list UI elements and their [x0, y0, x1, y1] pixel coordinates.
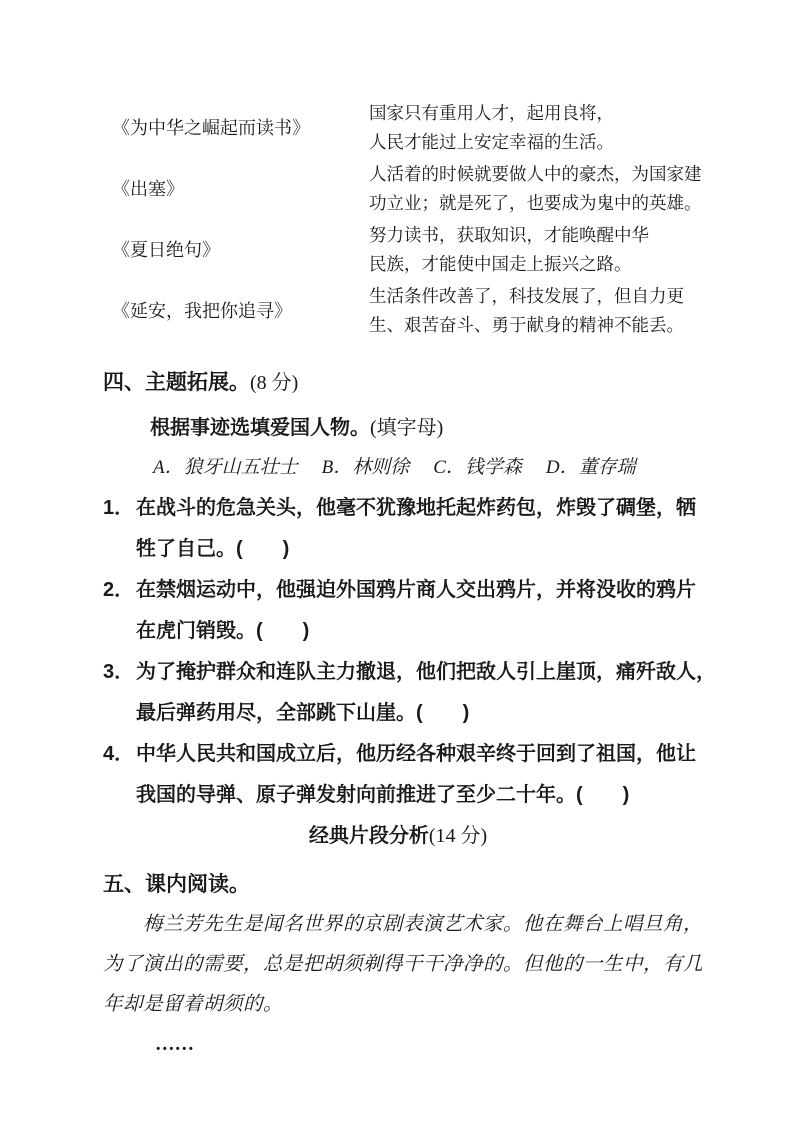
quote-text: 国家只有重用人才，起用良将， 人民才能过上安定幸福的生活。 [369, 99, 614, 157]
question-number: 2． [103, 570, 136, 652]
matching-row: 《为中华之崛起而读书》 国家只有重用人才，起用良将， 人民才能过上安定幸福的生活… [103, 99, 693, 157]
quote-line: 努力读书，获取知识，才能唤醒中华 [369, 221, 649, 250]
option-b: B．林则徐 [322, 448, 410, 488]
question-number: 4． [103, 734, 136, 816]
question-text: 在禁烟运动中，他强迫外国鸦片商人交出鸦片，并将没收的鸦片 在虎门销毁。( ) [136, 570, 696, 652]
question-item-2: 2． 在禁烟运动中，他强迫外国鸦片商人交出鸦片，并将没收的鸦片 在虎门销毁。( … [103, 570, 693, 652]
section4-prompt-text: 根据事迹选填爱国人物。 [150, 417, 370, 439]
book-title: 《延安，我把你追寻》 [103, 297, 369, 325]
section4-prompt: 根据事迹选填爱国人物。(填字母) [150, 408, 693, 448]
quote-line: 功立业；就是死了，也要成为鬼中的英雄。 [369, 189, 702, 218]
book-title: 《为中华之崛起而读书》 [103, 114, 369, 142]
matching-row: 《出塞》 人活着的时候就要做人中的豪杰，为国家建 功立业；就是死了，也要成为鬼中… [103, 160, 693, 218]
answer-options-row: A．狼牙山五壮士 B．林则徐 C．钱学森 D．董存瑞 [153, 448, 693, 488]
ellipsis-line: …… [103, 1025, 693, 1065]
question-line: 在禁烟运动中，他强迫外国鸦片商人交出鸦片，并将没收的鸦片 [136, 570, 696, 611]
question-number: 3． [103, 652, 136, 734]
question-line: 中华人民共和国成立后，他历经各种艰辛终于回到了祖国，他让 [136, 734, 696, 775]
passage-analysis-points: (14 分) [429, 825, 487, 847]
question-line: 在虎门销毁。( ) [136, 611, 696, 652]
option-d: D．董存瑞 [546, 448, 636, 488]
reading-passage: 梅兰芳先生是闻名世界的京剧表演艺术家。他在舞台上唱旦角， 为了演出的需要，总是把… [103, 905, 693, 1025]
quote-line: 生、艰苦奋斗、勇于献身的精神不能丢。 [369, 311, 684, 340]
section4-points: (8 分) [250, 372, 298, 394]
passage-line: 梅兰芳先生是闻名世界的京剧表演艺术家。他在舞台上唱旦角， [103, 905, 693, 945]
passage-line: 年却是留着胡须的。 [103, 985, 693, 1025]
quote-line: 民族，才能使中国走上振兴之路。 [369, 250, 649, 279]
book-title: 《出塞》 [103, 175, 369, 203]
question-text: 在战斗的危急关头，他毫不犹豫地托起炸药包，炸毁了碉堡，牺 牲了自己。( ) [136, 488, 696, 570]
section5-heading: 五、课内阅读。 [103, 864, 693, 905]
option-a: A．狼牙山五壮士 [153, 448, 298, 488]
quote-text: 人活着的时候就要做人中的豪杰，为国家建 功立业；就是死了，也要成为鬼中的英雄。 [369, 160, 702, 218]
question-item-4: 4． 中华人民共和国成立后，他历经各种艰辛终于回到了祖国，他让 我国的导弹、原子… [103, 734, 693, 816]
option-c: C．钱学森 [433, 448, 522, 488]
quote-text: 生活条件改善了，科技发展了，但自力更 生、艰苦奋斗、勇于献身的精神不能丢。 [369, 282, 684, 340]
question-text: 为了掩护群众和连队主力撤退，他们把敌人引上崖顶，痛歼敌人， 最后弹药用尽，全部跳… [136, 652, 716, 734]
question-text: 中华人民共和国成立后，他历经各种艰辛终于回到了祖国，他让 我国的导弹、原子弹发射… [136, 734, 696, 816]
quote-line: 人活着的时候就要做人中的豪杰，为国家建 [369, 160, 702, 189]
matching-row: 《夏日绝句》 努力读书，获取知识，才能唤醒中华 民族，才能使中国走上振兴之路。 [103, 221, 693, 279]
quote-line: 生活条件改善了，科技发展了，但自力更 [369, 282, 684, 311]
quote-text: 努力读书，获取知识，才能唤醒中华 民族，才能使中国走上振兴之路。 [369, 221, 649, 279]
section4-prompt-note: (填字母) [370, 417, 443, 439]
question-item-3: 3． 为了掩护群众和连队主力撤退，他们把敌人引上崖顶，痛歼敌人， 最后弹药用尽，… [103, 652, 693, 734]
quote-line: 国家只有重用人才，起用良将， [369, 99, 614, 128]
question-line: 牲了自己。( ) [136, 529, 696, 570]
question-line: 在战斗的危急关头，他毫不犹豫地托起炸药包，炸毁了碉堡，牺 [136, 488, 696, 529]
passage-line: 为了演出的需要，总是把胡须剃得干干净净的。但他的一生中，有几 [103, 945, 693, 985]
section4-heading: 四、主题拓展。(8 分) [103, 366, 693, 399]
question-line: 我国的导弹、原子弹发射向前推进了至少二十年。( ) [136, 775, 696, 816]
passage-analysis-heading: 经典片段分析(14 分) [103, 816, 693, 857]
matching-row: 《延安，我把你追寻》 生活条件改善了，科技发展了，但自力更 生、艰苦奋斗、勇于献… [103, 282, 693, 340]
book-title: 《夏日绝句》 [103, 236, 369, 264]
passage-analysis-title: 经典片段分析 [309, 825, 429, 847]
matching-section: 《为中华之崛起而读书》 国家只有重用人才，起用良将， 人民才能过上安定幸福的生活… [103, 99, 693, 340]
question-list: 1． 在战斗的危急关头，他毫不犹豫地托起炸药包，炸毁了碉堡，牺 牲了自己。( )… [103, 488, 693, 816]
quote-line: 人民才能过上安定幸福的生活。 [369, 128, 614, 157]
question-number: 1． [103, 488, 136, 570]
question-line: 最后弹药用尽，全部跳下山崖。( ) [136, 693, 716, 734]
question-line: 为了掩护群众和连队主力撤退，他们把敌人引上崖顶，痛歼敌人， [136, 652, 716, 693]
worksheet-page: 《为中华之崛起而读书》 国家只有重用人才，起用良将， 人民才能过上安定幸福的生活… [0, 0, 793, 1122]
question-item-1: 1． 在战斗的危急关头，他毫不犹豫地托起炸药包，炸毁了碉堡，牺 牲了自己。( ) [103, 488, 693, 570]
section4-heading-title: 四、主题拓展。 [103, 371, 250, 394]
